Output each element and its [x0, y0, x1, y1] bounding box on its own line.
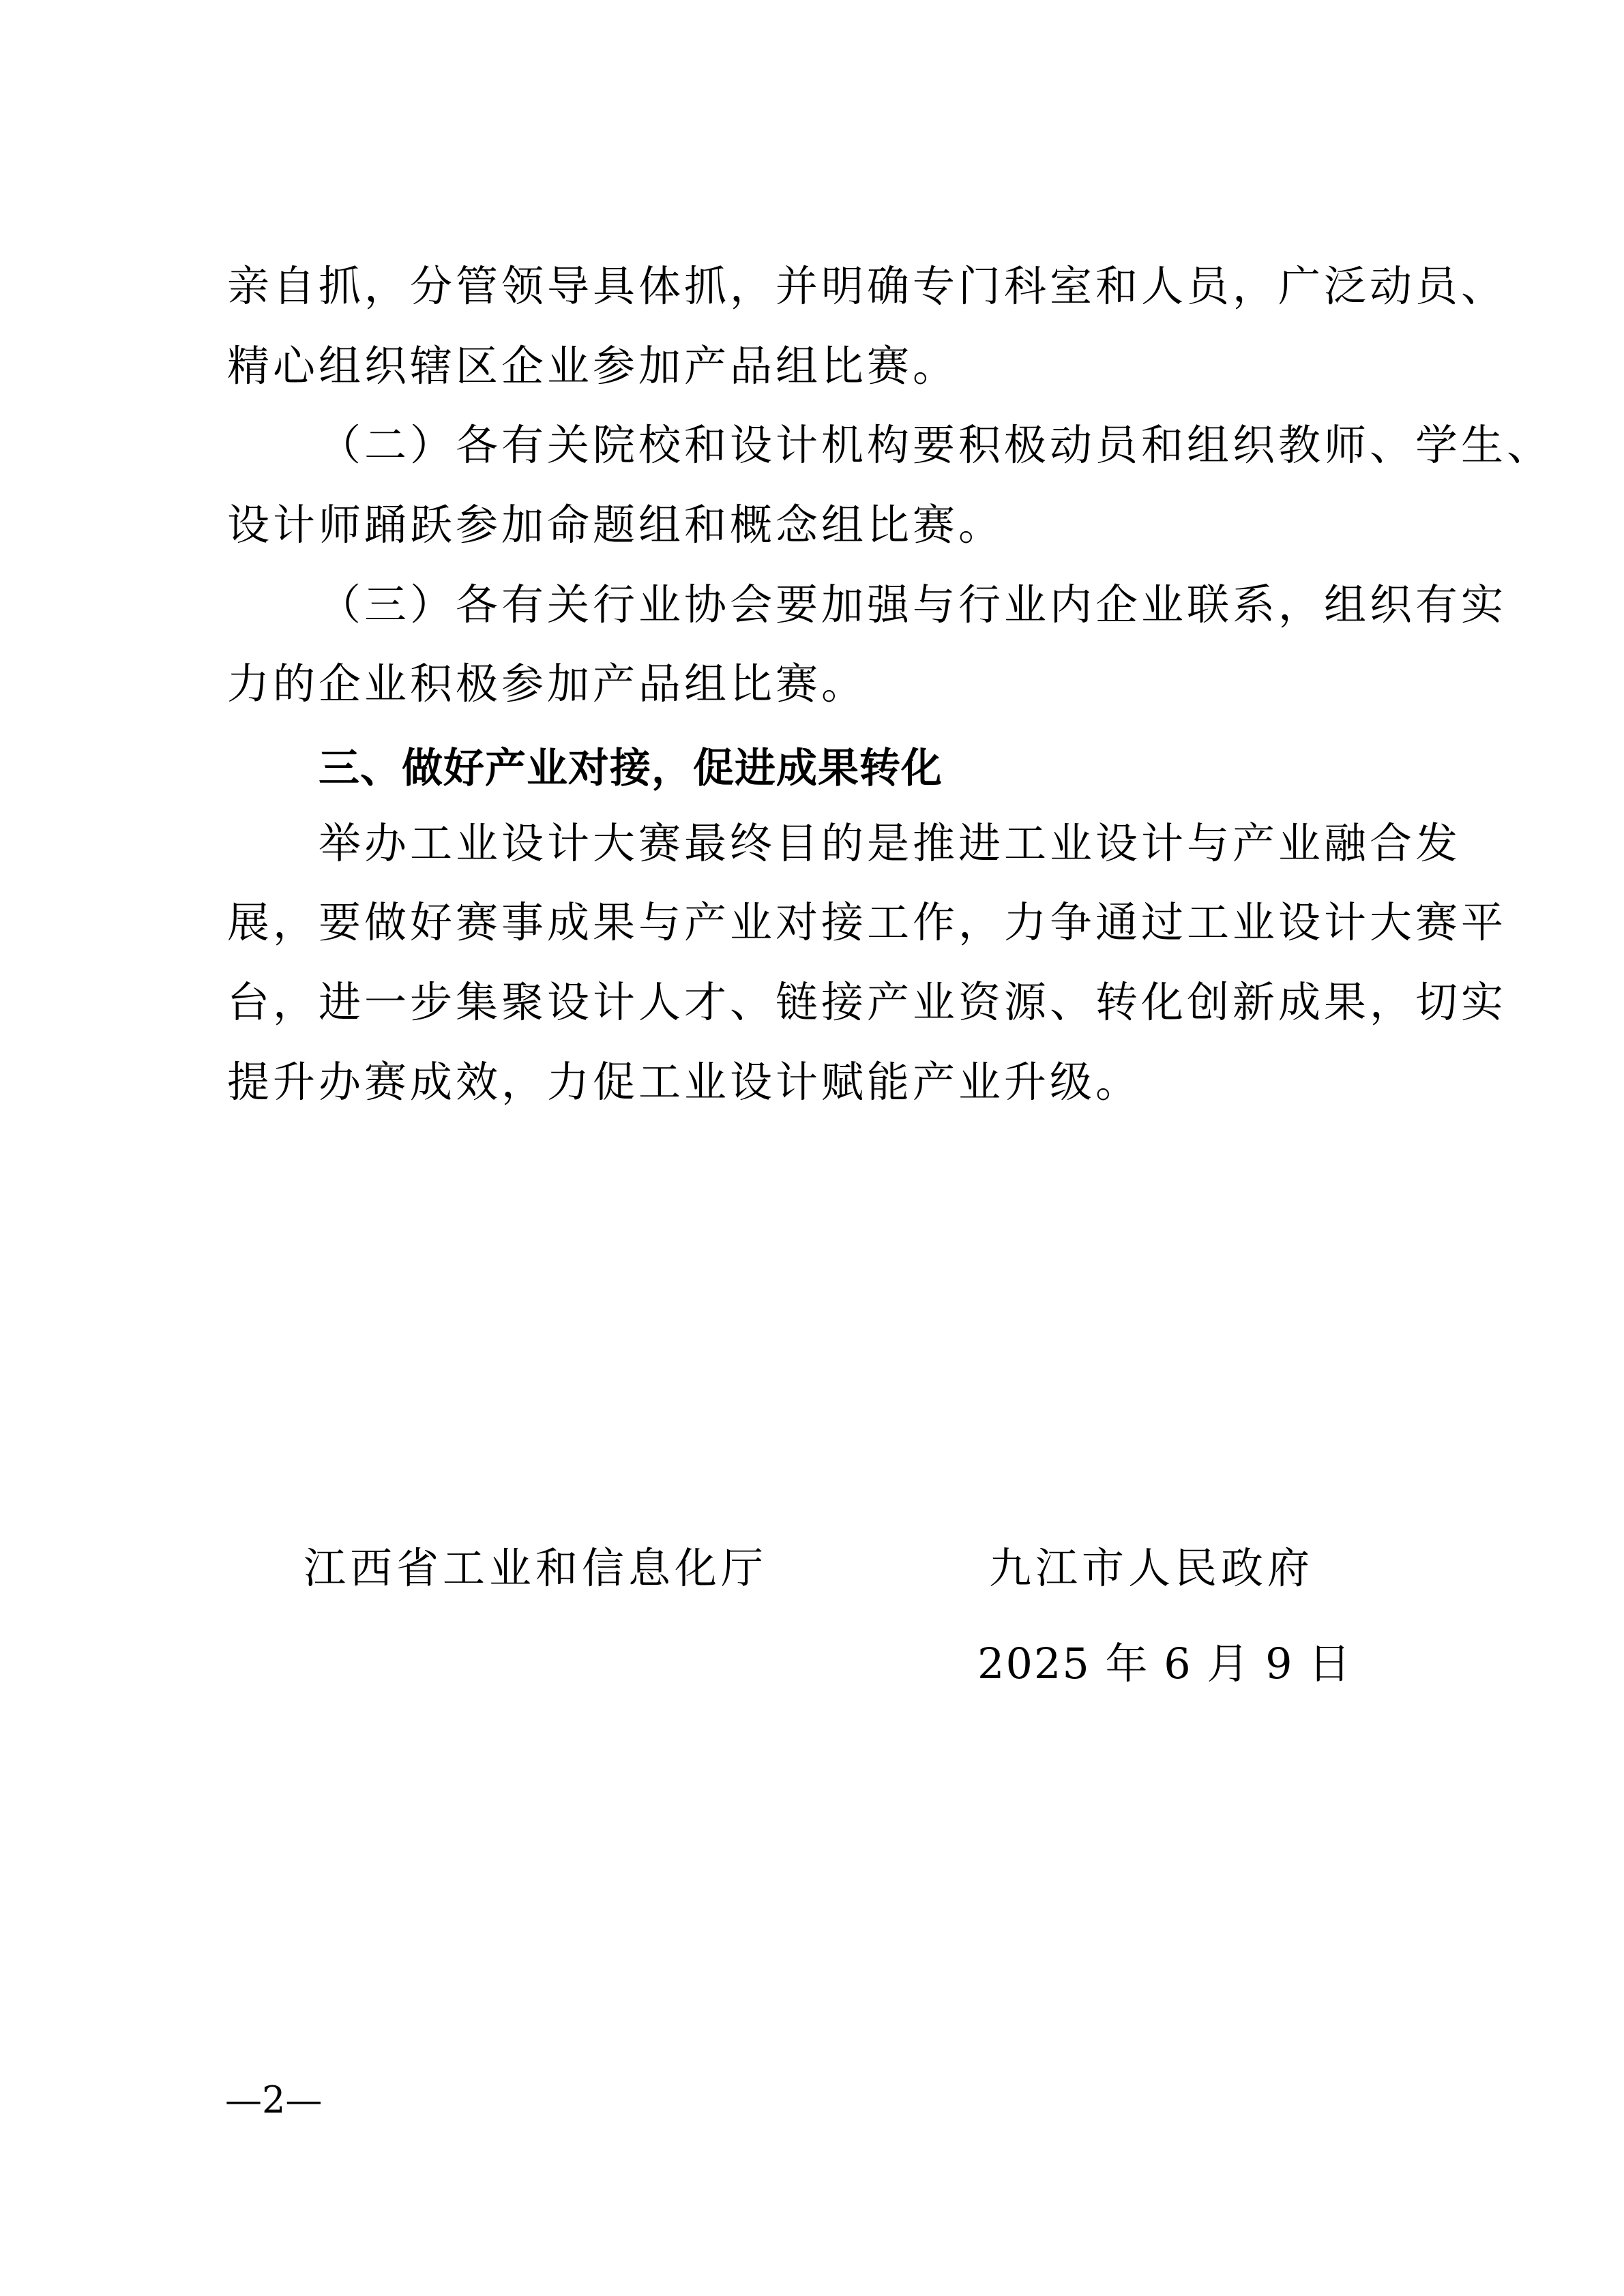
paragraph-line: 展，要做好赛事成果与产业对接工作，力争通过工业设计大赛平 — [227, 895, 1422, 950]
paragraph-line: 精心组织辖区企业参加产品组比赛。 — [227, 339, 1422, 393]
paragraph-line: （三）各有关行业协会要加强与行业内企业联系，组织有实 — [227, 578, 1422, 632]
paragraph-line: 提升办赛成效，力促工业设计赋能产业升级。 — [227, 1055, 1422, 1109]
page-number: —2— — [225, 2076, 322, 2124]
paragraph-line: 设计师踊跃参加命题组和概念组比赛。 — [227, 498, 1422, 552]
paragraph-line: 台，进一步集聚设计人才、链接产业资源、转化创新成果，切实 — [227, 975, 1422, 1030]
paragraph-line: 力的企业积极参加产品组比赛。 — [227, 657, 1422, 711]
document-page: 亲自抓，分管领导具体抓，并明确专门科室和人员，广泛动员、 精心组织辖区企业参加产… — [0, 0, 1624, 2296]
paragraph-line: 亲自抓，分管领导具体抓，并明确专门科室和人员，广泛动员、 — [227, 259, 1422, 314]
section-heading: 三、做好产业对接，促进成果转化 — [319, 741, 943, 796]
signature-left: 江西省工业和信息化厅 — [304, 1541, 767, 1596]
signature-right: 九江市人民政府 — [989, 1541, 1314, 1596]
signature-date: 2025 年 6 月 9 日 — [977, 1637, 1352, 1691]
paragraph-line: 举办工业设计大赛最终目的是推进工业设计与产业融合发 — [227, 816, 1422, 871]
paragraph-line: （二）各有关院校和设计机构要积极动员和组织教师、学生、 — [227, 418, 1422, 473]
